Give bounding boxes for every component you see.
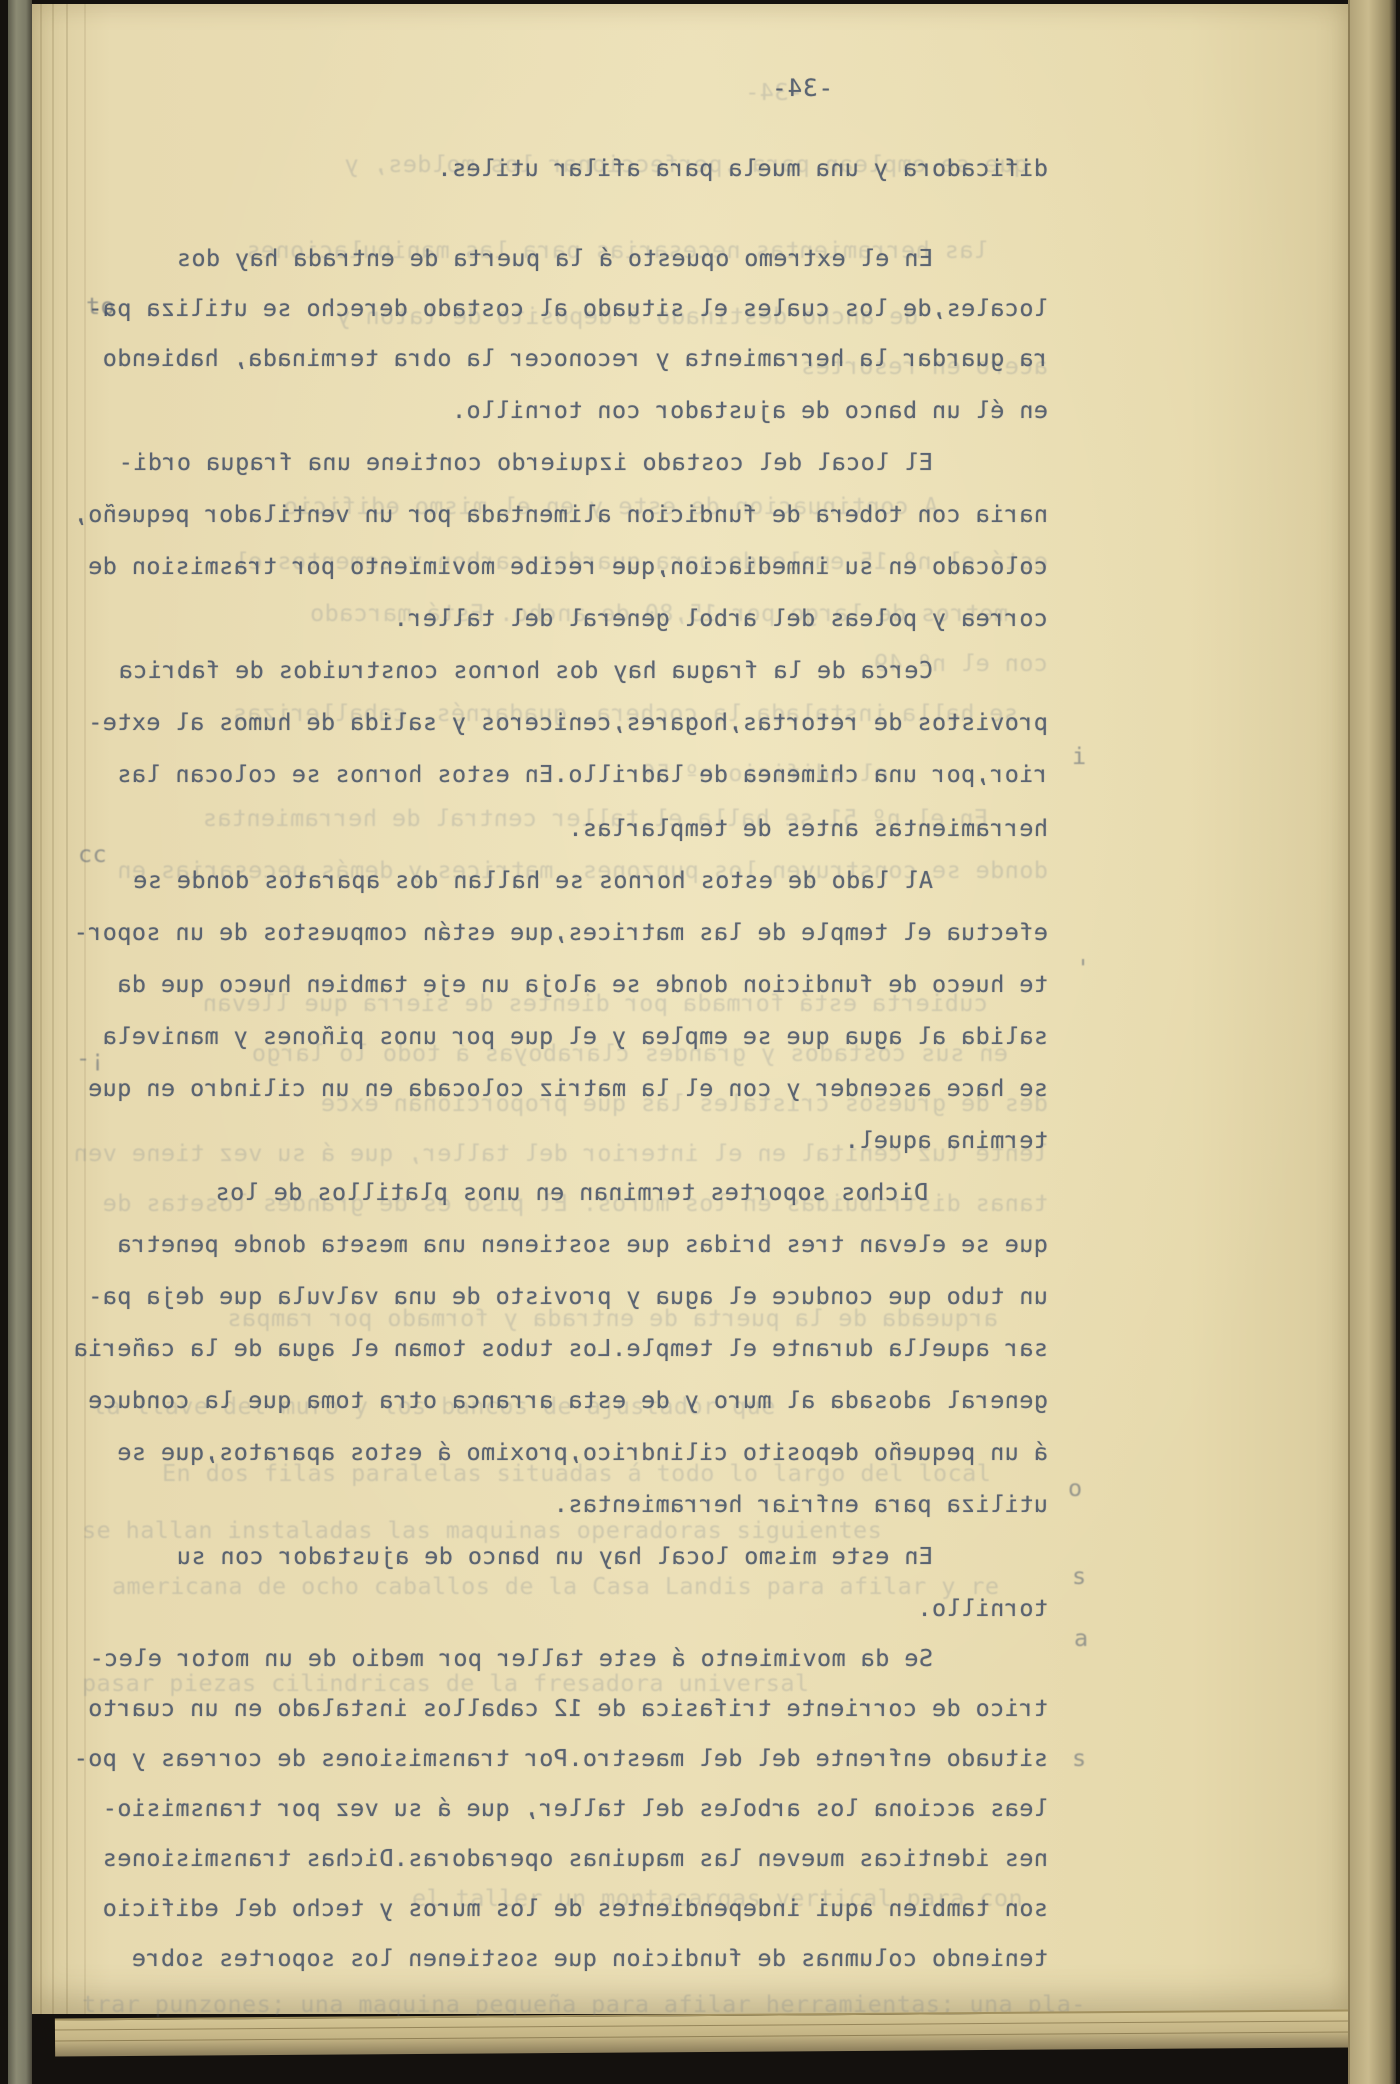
margin-mark: s [1072,1562,1087,1590]
typewritten-line: general adosada al muro y de esta arranc… [88,1386,1048,1414]
typewritten-line: En el extremo opuesto á la puerta de ent… [176,244,933,272]
typewritten-line: Dichos soportes terminan en unos platill… [215,1178,928,1206]
typewritten-line: á un pequeño deposito cilindrico,proximo… [117,1438,1048,1466]
typewritten-line: situado enfrente del del maestro.Por tra… [73,1744,1048,1772]
typewritten-line: en él un banco de ajustador con tornillo… [452,396,1048,424]
typewritten-line: correa y poleas del arbol general del ta… [393,604,1048,632]
typewritten-line: teniendo columnas de fundicion que sosti… [131,1944,1048,1972]
typewritten-line: sar aquella durante el temple.Los tubos … [73,1334,1048,1362]
typewritten-line: termina aquel. [844,1126,1048,1154]
typewritten-line: En este mismo local hay un banco de ajus… [176,1542,933,1570]
document-sheet: -34-que se emplean para ,perfeccionar lo… [32,4,1348,2014]
typewritten-line: efectua el temple de las matrices,que es… [73,918,1048,946]
typewritten-line: El local del costado izquierdo contiene … [118,448,933,476]
typewritten-line: Cerca de la fragua hay dos hornos constr… [118,656,933,684]
margin-mark: s [1072,1744,1087,1772]
typewritten-line: utiliza para enfriar herramientas. [553,1490,1048,1518]
margin-mark: a [1074,1624,1089,1652]
typewritten-line: te hueco de fundicion donde se aloja un … [117,970,1048,998]
binding-gutter-strip [1348,0,1396,2084]
typewritten-line: provistos de retortas,hogares,ceniceros … [88,708,1048,736]
sheet-edge-line [55,2020,1350,2030]
typewritten-line: se hace ascender y con el la matriz colo… [88,1074,1048,1102]
typewritten-line: colocado en su inmediacion,que recibe mo… [88,552,1048,580]
typewritten-line: que se elevan tres bridas que sostienen … [117,1230,1048,1258]
margin-mark: o [1068,1474,1083,1502]
sheet-crease [52,4,54,2014]
typewritten-line: salida al agua que se emplea y el que po… [102,1022,1048,1050]
typewritten-line: herramientas antes de templarlas. [568,814,1048,842]
typewritten-line: son tambien aqui independientes de los m… [102,1894,1048,1922]
typewritten-line: Al lado de estos hornos se hallan dos ap… [133,866,933,894]
typewritten-line: tornillo. [917,1594,1048,1622]
typewritten-line: un tubo que conduce el agua y provisto d… [88,1282,1048,1310]
adjacent-page-edge-strip [8,0,32,2084]
sheet-edge-line [55,2031,1350,2041]
typewritten-line: ra guardar la herramienta y reconocer la… [102,344,1048,372]
typewritten-line: dificadora y una muela para afilar utile… [437,154,1048,182]
typewritten-line: Se da movimiento á este taller por medio… [89,1644,933,1672]
sheet-crease [66,4,68,2014]
typewritten-line: trico de corriente trifasica de 12 cabal… [88,1694,1048,1722]
typescript-layer: -34- dificadora y una muela para afilar … [82,4,1048,2014]
typewritten-line: leas acciona los arboles del taller, que… [102,1794,1048,1822]
margin-mark: i [1072,742,1087,770]
typewritten-line: naria con tobera de fundicion alimentada… [73,500,1048,528]
typewritten-line: rior,por una chimenea de ladrillo.En est… [117,760,1048,788]
typewritten-line: nes identicas mueven las maquinas operad… [102,1844,1048,1872]
typewritten-line: locales,de los cuales el situado al cost… [88,294,1048,322]
bottom-sheet-edges [55,2009,1350,2056]
margin-mark: ' [1076,954,1091,982]
page-number: -34- [771,74,833,102]
sheet-crease [40,4,42,2014]
